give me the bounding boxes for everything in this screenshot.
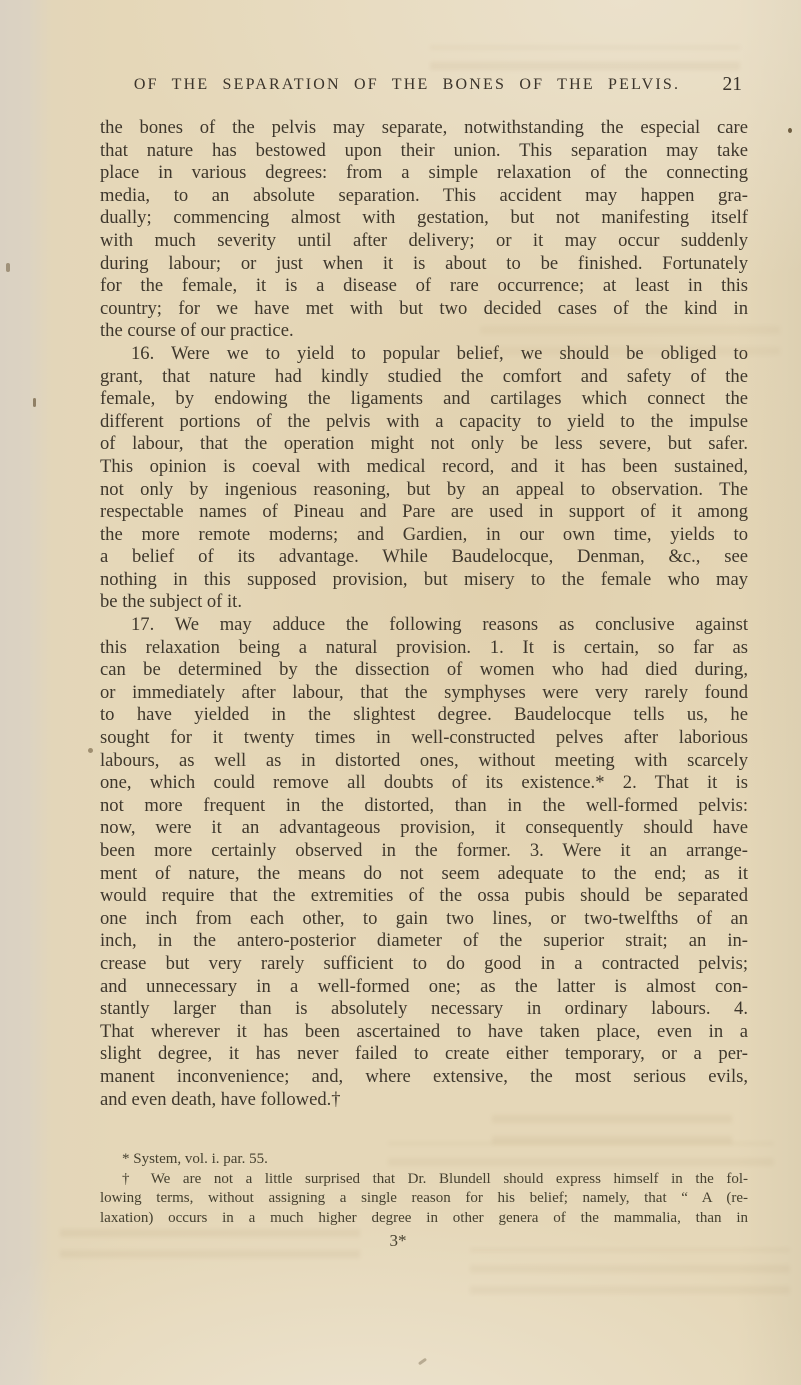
text-line: * System, vol. i. par. 55. [100, 1150, 748, 1170]
text-line: media, to an absolute separation. This a… [100, 185, 748, 208]
text-line: laxation) occurs in a much higher degree… [100, 1209, 748, 1229]
ink-speck [418, 1358, 427, 1366]
text-line: That wherever it has been ascertained to… [100, 1021, 748, 1044]
text-line: one, which could remove all doubts of it… [100, 772, 748, 795]
text-line: one inch from each other, to gain two li… [100, 908, 748, 931]
text-line: 17. We may adduce the following reasons … [100, 614, 748, 637]
footnotes: * System, vol. i. par. 55.† We are not a… [100, 1150, 748, 1228]
ink-speck [33, 398, 36, 407]
text-line: this relaxation being a natural provisio… [100, 637, 748, 660]
body-paragraphs: the bones of the pelvis may separate, no… [100, 117, 748, 1111]
running-head: OF THE SEPARATION OF THE BONES OF THE PE… [100, 74, 748, 98]
text-line: country; for we have met with but two de… [100, 298, 748, 321]
text-line: not more frequent in the distorted, than… [100, 795, 748, 818]
text-line: † We are not a little surprised that Dr.… [100, 1170, 748, 1190]
book-page-scan: OF THE SEPARATION OF THE BONES OF THE PE… [0, 0, 801, 1385]
text-line: with much severity until after delivery;… [100, 230, 748, 253]
text-line: of labour, that the operation might not … [100, 433, 748, 456]
text-line: ment of nature, the means do not seem ad… [100, 863, 748, 886]
bleed-through-mark [430, 46, 740, 70]
running-head-title: OF THE SEPARATION OF THE BONES OF THE PE… [100, 76, 714, 94]
text-line: be the subject of it. [100, 591, 748, 614]
text-line: for the female, it is a disease of rare … [100, 275, 748, 298]
ink-speck [88, 748, 93, 753]
text-line: inch, in the antero-posterior diameter o… [100, 930, 748, 953]
text-line: sought for it twenty times in well-const… [100, 727, 748, 750]
ink-speck [788, 128, 792, 133]
text-line: to have yielded in the slightest degree.… [100, 704, 748, 727]
text-line: lowing terms, without assigning a single… [100, 1189, 748, 1209]
ink-speck [6, 263, 10, 272]
text-line: slight degree, it has never failed to cr… [100, 1043, 748, 1066]
text-line: a belief of its advantage. While Baudelo… [100, 546, 748, 569]
page-number: 21 [723, 74, 743, 96]
bleed-through-mark [470, 1248, 790, 1294]
text-line: would require that the extremities of th… [100, 885, 748, 908]
text-line: dually; commencing almost with gestation… [100, 207, 748, 230]
text-line: manent inconvenience; and, where extensi… [100, 1066, 748, 1089]
text-line: nothing in this supposed provision, but … [100, 569, 748, 592]
text-line: place in various degrees: from a simple … [100, 162, 748, 185]
text-line: and even death, have followed.† [100, 1089, 748, 1112]
text-line: during labour; or just when it is about … [100, 253, 748, 276]
text-line: labours, as well as in distorted ones, w… [100, 750, 748, 773]
text-line: female, by endowing the ligaments and ca… [100, 388, 748, 411]
text-line: not only by ingenious reasoning, but by … [100, 479, 748, 502]
text-line: the bones of the pelvis may separate, no… [100, 117, 748, 140]
text-line: 16. Were we to yield to popular belief, … [100, 343, 748, 366]
text-line: and unnecessary in a well-formed one; as… [100, 976, 748, 999]
paragraph: the bones of the pelvis may separate, no… [100, 117, 748, 343]
paragraph: * System, vol. i. par. 55. [100, 1150, 748, 1170]
paragraph: 17. We may adduce the following reasons … [100, 614, 748, 1111]
paragraph: 16. Were we to yield to popular belief, … [100, 343, 748, 614]
text-line: respectable names of Pineau and Pare are… [100, 501, 748, 524]
text-line: the more remote moderns; and Gardien, in… [100, 524, 748, 547]
text-line: been more certainly observed in the form… [100, 840, 748, 863]
text-line: different portions of the pelvis with a … [100, 411, 748, 434]
text-line: that nature has bestowed upon their unio… [100, 140, 748, 163]
text-line: or immediately after labour, that the sy… [100, 682, 748, 705]
text-line: grant, that nature had kindly studied th… [100, 366, 748, 389]
bleed-through-mark [492, 1108, 732, 1144]
text-line: stantly larger than is absolutely necess… [100, 998, 748, 1021]
signature-mark: 3* [100, 1231, 696, 1251]
text-line: This opinion is coeval with medical reco… [100, 456, 748, 479]
text-line: now, were it an advantageous provision, … [100, 817, 748, 840]
text-line: can be determined by the dissection of w… [100, 659, 748, 682]
paragraph: † We are not a little surprised that Dr.… [100, 1170, 748, 1229]
text-line: the course of our practice. [100, 320, 748, 343]
text-line: crease but very rarely sufficient to do … [100, 953, 748, 976]
